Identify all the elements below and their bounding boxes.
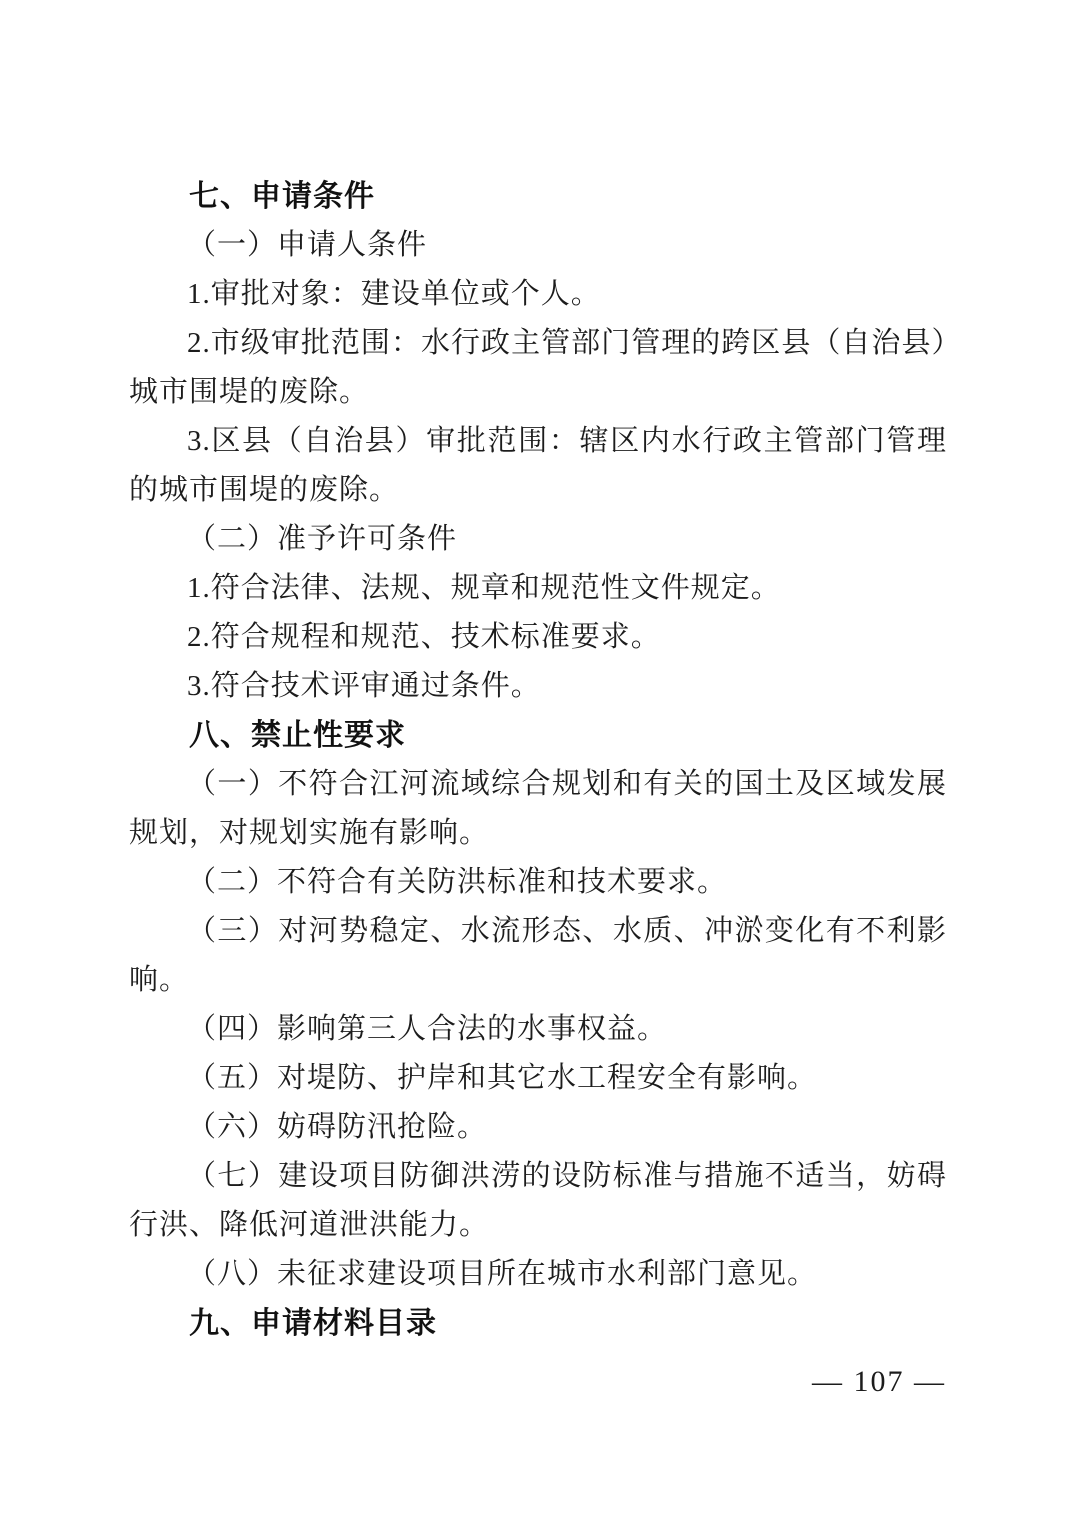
paragraph-prohibition-3: （三）对河势稳定、水流形态、水质、冲淤变化有不利影响。: [129, 907, 947, 1005]
paragraph-permit-conditions-title: （二）准予许可条件: [129, 515, 947, 564]
paragraph-prohibition-1: （一）不符合江河流域综合规划和有关的国土及区域发展规划，对规划实施有影响。: [129, 760, 947, 858]
paragraph-permit-condition-2: 2.符合规程和规范、技术标准要求。: [129, 613, 947, 662]
section-heading-prohibitive-requirements: 八、禁止性要求: [129, 711, 947, 760]
paragraph-prohibition-7: （七）建设项目防御洪涝的设防标准与措施不适当，妨碍行洪、降低河道泄洪能力。: [129, 1152, 947, 1250]
document-content: 七、申请条件 （一）申请人条件 1.审批对象：建设单位或个人。 2.市级审批范围…: [129, 172, 947, 1348]
paragraph-prohibition-4: （四）影响第三人合法的水事权益。: [129, 1005, 947, 1054]
paragraph-permit-condition-1: 1.符合法律、法规、规章和规范性文件规定。: [129, 564, 947, 613]
paragraph-prohibition-6: （六）妨碍防汛抢险。: [129, 1103, 947, 1152]
page-number: — 107 —: [812, 1364, 946, 1400]
paragraph-applicant-conditions-title: （一）申请人条件: [129, 221, 947, 270]
paragraph-approval-object: 1.审批对象：建设单位或个人。: [129, 270, 947, 319]
paragraph-district-level-scope: 3.区县（自治县）审批范围：辖区内水行政主管部门管理的城市围堤的废除。: [129, 417, 947, 515]
paragraph-prohibition-8: （八）未征求建设项目所在城市水利部门意见。: [129, 1250, 947, 1299]
paragraph-city-level-scope: 2.市级审批范围：水行政主管部门管理的跨区县（自治县）城市围堤的废除。: [129, 319, 947, 417]
section-heading-application-conditions: 七、申请条件: [129, 172, 947, 221]
paragraph-prohibition-2: （二）不符合有关防洪标准和技术要求。: [129, 858, 947, 907]
paragraph-prohibition-5: （五）对堤防、护岸和其它水工程安全有影响。: [129, 1054, 947, 1103]
paragraph-permit-condition-3: 3.符合技术评审通过条件。: [129, 662, 947, 711]
document-page: 七、申请条件 （一）申请人条件 1.审批对象：建设单位或个人。 2.市级审批范围…: [0, 0, 1074, 1520]
section-heading-application-materials: 九、申请材料目录: [129, 1299, 947, 1348]
